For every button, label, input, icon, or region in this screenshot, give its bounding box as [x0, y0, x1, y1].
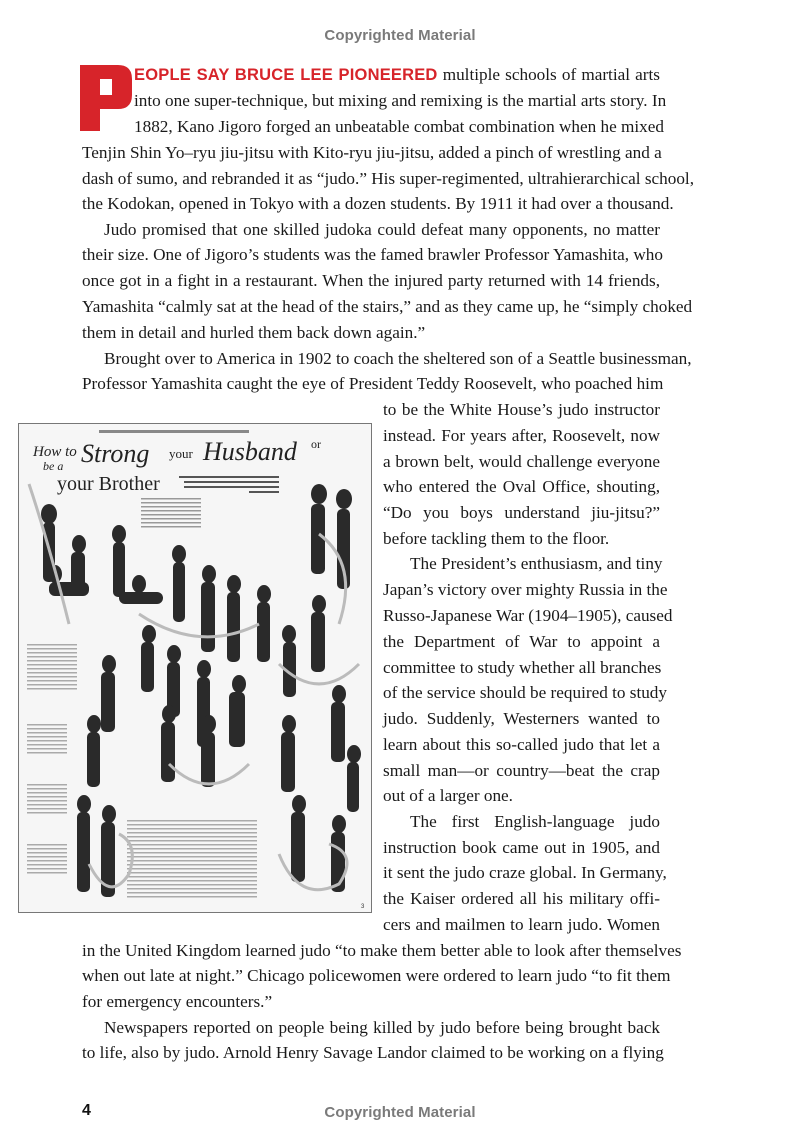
text-line: small man—or country—beat the crap — [383, 758, 660, 784]
text-line: EOPLE SAY BRUCE LEE PIONEERED multiple s… — [134, 62, 660, 89]
text-line: Russo-Japanese War (1904–1905), caused — [383, 603, 660, 629]
text-line: in the United Kingdom learned judo “to m… — [82, 938, 660, 964]
text-line: Tenjin Shin Yo–ryu jiu-jitsu with Kito-r… — [82, 140, 660, 166]
text-line: their size. One of Jigoro’s students was… — [82, 242, 660, 268]
svg-text:How to: How to — [32, 444, 77, 460]
dropcap-p — [80, 65, 132, 131]
text-line: it sent the judo craze global. In German… — [383, 860, 660, 886]
text-line: committee to study whether all branches — [383, 655, 660, 681]
text-line: Professor Yamashita caught the eye of Pr… — [82, 371, 660, 397]
text-line: of the service should be required to stu… — [383, 680, 660, 706]
text-line: dash of sumo, and rebranded it as “judo.… — [82, 166, 660, 192]
text-line: who entered the Oval Office, shouting, — [383, 474, 660, 500]
copyright-watermark-top: Copyrighted Material — [0, 27, 800, 44]
text-line: Newspapers reported on people being kill… — [104, 1015, 660, 1041]
text-line: cers and mailmen to learn judo. Women — [383, 912, 660, 938]
text-line: the Kodokan, opened in Tokyo with a doze… — [82, 191, 660, 217]
text-line: them in detail and hurled them back down… — [82, 320, 660, 346]
text-line: into one super-technique, but mixing and… — [134, 88, 660, 114]
svg-text:or: or — [311, 437, 321, 451]
text-line: to life, also by judo. Arnold Henry Sava… — [82, 1040, 660, 1066]
svg-text:Husband: Husband — [202, 437, 298, 466]
text-line: Judo promised that one skilled judoka co… — [104, 217, 660, 243]
lead-in-caps: EOPLE SAY BRUCE LEE PIONEERED — [134, 66, 438, 84]
text-line: before tackling them to the floor. — [383, 526, 660, 552]
svg-text:be a: be a — [43, 459, 63, 473]
text-line: 1882, Kano Jigoro forged an unbeatable c… — [134, 114, 660, 140]
text-line: instruction book came out in 1905, and — [383, 835, 660, 861]
text-line: Japan’s victory over mighty Russia in th… — [383, 577, 660, 603]
text-line: learn about this so-called judo that let… — [383, 732, 660, 758]
text-line: “Do you boys understand jiu-jitsu?” — [383, 500, 660, 526]
text-line: judo. Suddenly, Westerners wanted to — [383, 706, 660, 732]
svg-text:Strong: Strong — [81, 439, 149, 468]
svg-text:your: your — [169, 446, 194, 461]
text-line: a brown belt, would challenge everyone — [383, 449, 660, 475]
text-line: Brought over to America in 1902 to coach… — [104, 346, 660, 372]
text-line: once got in a fight in a restaurant. Whe… — [82, 268, 660, 294]
text-line: The first English-language judo — [410, 809, 660, 835]
text-line: the Kaiser ordered all his military offi… — [383, 886, 660, 912]
copyright-watermark-bottom: Copyrighted Material — [0, 1104, 800, 1121]
newspaper-illustration: How to be a Strong your Husband or your … — [18, 423, 372, 913]
text-line: Yamashita “calmly sat at the head of the… — [82, 294, 660, 320]
text-line: The President’s enthusiasm, and tiny — [410, 551, 660, 577]
text-line: to be the White House’s judo instructor — [383, 397, 660, 423]
text-line: instead. For years after, Roosevelt, now — [383, 423, 660, 449]
text-line: when out late at night.” Chicago policew… — [82, 963, 660, 989]
text-line: the Department of War to appoint a — [383, 629, 660, 655]
newspaper-clipping-image: How to be a Strong your Husband or your … — [19, 424, 371, 912]
text-line: out of a larger one. — [383, 783, 660, 809]
text-line: for emergency encounters.” — [82, 989, 660, 1015]
svg-text:your Brother: your Brother — [57, 473, 160, 495]
